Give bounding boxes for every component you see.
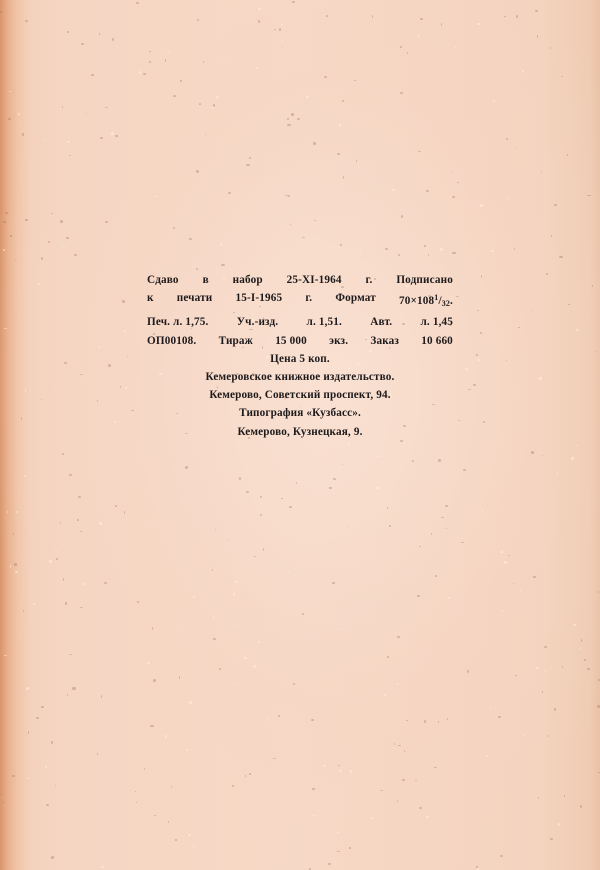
paper-speck [152,627,153,630]
paper-speck [93,476,94,479]
paper-speck [56,558,58,560]
paper-speck [550,838,553,840]
paper-speck [340,244,343,246]
paper-speck [171,786,173,789]
paper-speck [400,46,403,48]
paper-speck [9,91,11,92]
paper-speck [342,100,344,102]
paper-speck [445,505,448,507]
paper-speck [446,528,448,529]
paper-speck [473,384,476,386]
word: Формат [335,289,376,313]
paper-speck [205,134,207,135]
paper-speck [25,389,27,391]
paper-speck [342,464,343,465]
paper-speck [239,477,241,480]
paper-speck [3,249,4,251]
paper-speck [254,556,256,557]
paper-speck [151,524,153,525]
paper-speck [424,245,425,247]
paper-speck [458,420,461,422]
paper-speck [424,720,425,723]
paper-speck [384,694,386,696]
paper-speck [324,76,327,79]
paper-speck [539,377,542,380]
paper-speck [281,498,282,500]
paper-speck [573,624,576,626]
paper-speck [51,741,53,744]
paper-speck [65,602,67,604]
paper-speck [490,707,492,709]
paper-speck [406,720,408,721]
paper-speck [327,157,329,158]
paper-speck [546,273,548,276]
colophon-line-price: Цена 5 коп. [147,350,453,368]
paper-speck [137,601,139,603]
paper-speck [267,718,268,721]
paper-speck [337,153,339,155]
word: Уч.-изд. [237,313,278,331]
paper-speck [587,195,591,197]
paper-speck [193,596,196,598]
paper-speck [482,417,484,418]
colophon-line-publisher-address: Кемерово, Советский проспект, 94. [147,386,453,404]
paper-speck [101,695,103,698]
paper-speck [452,196,455,198]
paper-speck [291,113,294,116]
paper-speck [308,196,310,197]
paper-speck [506,138,509,141]
paper-speck [45,766,47,768]
paper-speck [323,765,326,767]
paper-speck [567,154,568,155]
paper-speck [520,589,521,592]
paper-speck [38,283,40,285]
paper-speck [62,106,64,108]
paper-speck [598,772,599,774]
paper-speck [188,834,191,836]
paper-speck [80,374,83,375]
paper-speck [105,107,108,109]
paper-speck [220,243,222,246]
paper-speck [136,802,138,803]
word: Тираж [219,332,253,350]
paper-speck [302,237,305,238]
paper-speck [177,628,178,631]
paper-speck [419,807,422,809]
paper-speck [23,610,25,613]
paper-speck [48,241,50,243]
paper-speck [244,657,247,660]
paper-speck [80,607,83,608]
paper-speck [258,20,260,23]
paper-speck [561,76,564,77]
word: экз. [329,332,348,350]
paper-speck [213,616,215,619]
paper-speck [387,656,389,658]
paper-speck [338,765,340,766]
paper-speck [340,629,343,630]
paper-speck [165,59,166,62]
paper-speck [55,551,58,553]
paper-speck [576,445,578,446]
paper-speck [328,863,331,866]
paper-speck [498,716,501,717]
paper-speck [288,195,290,197]
paper-speck [482,510,483,513]
signed-date: 15-I-1965 [235,289,282,313]
paper-speck [78,496,81,498]
paper-speck [124,511,126,514]
paper-speck [289,506,292,508]
paper-speck [306,96,308,99]
paper-speck [263,548,264,551]
paper-speck [168,821,169,823]
paper-speck [41,706,44,708]
paper-speck [532,310,534,311]
paper-speck [196,268,199,270]
paper-speck [329,487,332,488]
paper-speck [25,219,28,220]
colophon-line-publisher: Кемеровское книжное издательство. [147,368,453,386]
order-number: 10 660 [421,332,453,350]
paper-speck [144,768,145,770]
paper-speck [557,472,558,475]
paper-speck [559,256,562,258]
paper-speck [149,51,150,52]
paper-speck [212,569,213,572]
paper-speck [44,139,46,141]
paper-format: 70×1081/32. [399,289,453,313]
paper-speck [21,417,22,420]
paper-speck [10,235,12,238]
paper-speck [4,655,7,656]
paper-speck [105,221,108,223]
paper-speck [354,80,357,81]
paper-speck [97,400,98,402]
paper-speck [66,237,69,238]
paper-speck [297,118,300,120]
printer-address: Кемерово, Кузнецкая, 9. [237,423,362,441]
paper-speck [467,670,469,673]
paper-speck [339,770,342,772]
paper-speck [463,469,466,471]
paper-speck [558,823,560,826]
paper-speck [237,625,239,626]
paper-speck [518,327,520,329]
paper-speck [167,51,170,52]
word: к [147,289,154,313]
paper-speck [86,113,87,114]
paper-speck [213,638,216,640]
paper-speck [99,522,102,525]
paper-speck [8,118,11,120]
paper-speck [313,815,316,816]
paper-speck [33,603,35,606]
paper-speck [12,775,15,778]
paper-speck [55,386,56,388]
paper-speck [533,576,536,579]
paper-speck [418,151,421,152]
paper-speck [418,34,420,37]
paper-speck [412,460,415,462]
paper-speck [339,124,342,127]
paper-speck [504,16,506,17]
paper-speck [481,275,482,278]
paper-speck [360,252,361,254]
paper-speck [554,708,556,711]
paper-speck [438,721,439,723]
paper-speck [407,52,408,54]
paper-speck [420,18,423,20]
paper-speck [135,791,137,792]
paper-speck [394,743,396,745]
paper-speck [170,250,171,251]
paper-speck [51,213,53,214]
format-numerator: 1 [434,293,438,302]
license-code: ОП00108. [147,332,196,350]
format-denominator: 32 [442,299,450,308]
paper-speck [542,691,544,693]
paper-speck [282,40,283,42]
paper-speck [513,583,515,585]
paper-speck [426,816,428,818]
word: г. [305,289,312,313]
paper-speck [337,832,340,834]
paper-speck [376,487,379,489]
paper-speck [237,683,238,685]
paper-speck [438,723,439,724]
paper-speck [551,235,553,237]
paper-speck [150,725,153,727]
paper-speck [185,466,188,469]
paper-speck [74,670,75,671]
word: Подписано [396,271,453,289]
paper-speck [350,770,352,773]
paper-speck [452,252,455,254]
word: в [203,271,209,289]
paper-speck [438,459,441,462]
paper-speck [326,15,328,17]
paper-speck [287,118,289,120]
colophon-line-print-run: ОП00108. Тираж 15 000 экз. Заказ 10 660 [147,332,453,350]
paper-speck [60,220,63,223]
paper-speck [246,164,249,167]
paper-speck [313,142,316,145]
paper-speck [486,755,489,757]
paper-speck [101,866,104,868]
paper-speck [115,505,117,508]
paper-speck [584,659,586,661]
paper-speck [256,67,258,69]
paper-speck [536,667,539,669]
paper-speck [275,264,276,265]
paper-speck [253,665,256,668]
paper-speck [7,511,8,513]
word: печати [177,289,213,313]
paper-speck [337,851,340,853]
paper-speck [448,597,451,599]
paper-speck [417,595,420,597]
paper-speck [314,220,316,221]
paper-speck [483,421,485,423]
paper-speck [278,715,280,717]
paper-speck [80,531,82,532]
paper-speck [522,70,524,72]
paper-speck [74,254,77,256]
paper-speck [402,779,405,781]
paper-speck [115,135,118,137]
paper-speck [398,745,401,746]
paper-speck [69,155,71,156]
paper-speck [245,775,246,777]
paper-speck [120,386,121,388]
paper-speck [122,300,125,302]
author-sheets: л. 1,45 [421,313,454,331]
paper-speck [377,456,380,457]
paper-speck [279,28,281,31]
paper-speck [426,190,429,192]
paper-speck [139,71,141,74]
paper-speck [111,132,114,135]
paper-speck [232,785,234,787]
paper-speck [415,780,418,781]
paper-speck [288,572,291,573]
paper-speck [435,575,438,577]
paper-speck [246,491,249,493]
paper-speck [274,29,276,30]
paper-speck [179,676,181,679]
printed-sheets: Печ. л. 1,75. [147,313,209,331]
paper-speck [452,172,454,173]
paper-speck [400,92,403,94]
paper-speck [97,753,98,755]
paper-speck [249,157,252,159]
paper-speck [514,248,515,250]
paper-speck [127,356,129,358]
paper-speck [477,310,480,311]
paper-speck [385,248,388,250]
paper-speck [143,73,146,75]
paper-speck [14,563,16,566]
paper-speck [77,519,79,521]
paper-speck [550,47,551,49]
paper-speck [63,247,64,248]
paper-speck [260,514,262,516]
paper-speck [404,750,406,752]
paper-speck [538,797,539,799]
paper-speck [227,539,229,541]
paper-speck [548,735,549,737]
colophon-line-sheets: Печ. л. 1,75. Уч.-изд. л. 1,51. Авт. л. … [147,313,453,331]
paper-speck [447,718,449,721]
paper-speck [46,804,48,806]
paper-speck [221,264,224,266]
paper-speck [28,731,29,734]
publisher-name: Кемеровское книжное издательство. [206,368,395,386]
paper-speck [457,182,460,183]
paper-speck [500,551,502,554]
paper-speck [98,346,100,348]
printer-name: Типография «Кузбасс». [239,404,361,422]
paper-speck [228,192,231,195]
paper-speck [175,839,178,841]
paper-speck [456,296,459,297]
paper-speck [537,35,538,38]
paper-speck [25,20,28,22]
paper-speck [186,749,188,752]
paper-speck [193,845,194,848]
paper-speck [592,285,593,287]
paper-speck [197,19,199,21]
word: Авт. [370,313,392,331]
paper-speck [189,238,192,240]
paper-speck [580,805,582,808]
paper-speck [99,33,101,35]
paper-speck [27,778,30,779]
paper-speck [476,354,478,357]
paper-speck [49,560,52,563]
paper-speck [18,113,19,116]
paper-speck [147,662,150,664]
paper-speck [290,224,291,225]
paper-speck [196,170,199,173]
paper-speck [81,43,84,46]
paper-speck [292,1,295,3]
colophon-line-signed: к печати 15-I-1965 г. Формат 70×1081/32. [147,289,453,313]
paper-speck [154,815,156,817]
paper-speck [562,666,563,668]
paper-speck [372,15,373,18]
paper-speck [249,773,250,775]
paper-speck [235,581,238,583]
format-value: 70×108 [399,292,434,310]
paper-speck [535,10,538,13]
publisher-sheets: л. 1,51. [307,313,342,331]
paper-speck [24,475,26,477]
publisher-address: Кемерово, Советский проспект, 94. [209,386,390,404]
paper-speck [440,248,443,251]
colophon-block: Сдаво в набор 25-XI-1964 г. Подписано к … [147,271,453,441]
paper-speck [587,668,590,670]
paper-speck [155,196,158,198]
paper-speck [5,212,8,214]
paper-speck [64,362,66,364]
paper-speck [0,11,2,14]
paper-speck [15,571,18,574]
paper-speck [233,593,235,596]
paper-speck [542,455,543,457]
paper-speck [13,533,14,535]
paper-speck [387,507,388,509]
paper-speck [15,259,17,260]
paper-speck [397,636,400,637]
paper-speck [515,675,517,677]
paper-speck [273,758,276,759]
paper-speck [36,717,39,720]
paper-speck [564,795,566,797]
paper-speck [63,578,64,581]
paper-speck [580,647,581,650]
paper-speck [124,330,126,333]
colophon-line-typesetting: Сдаво в набор 25-XI-1964 г. Подписано [147,271,453,289]
paper-speck [212,107,213,109]
paper-speck [73,366,74,367]
paper-speck [348,443,350,445]
typesetting-date: 25-XI-1964 [287,271,342,289]
paper-speck [60,522,62,525]
paper-speck [544,646,547,648]
